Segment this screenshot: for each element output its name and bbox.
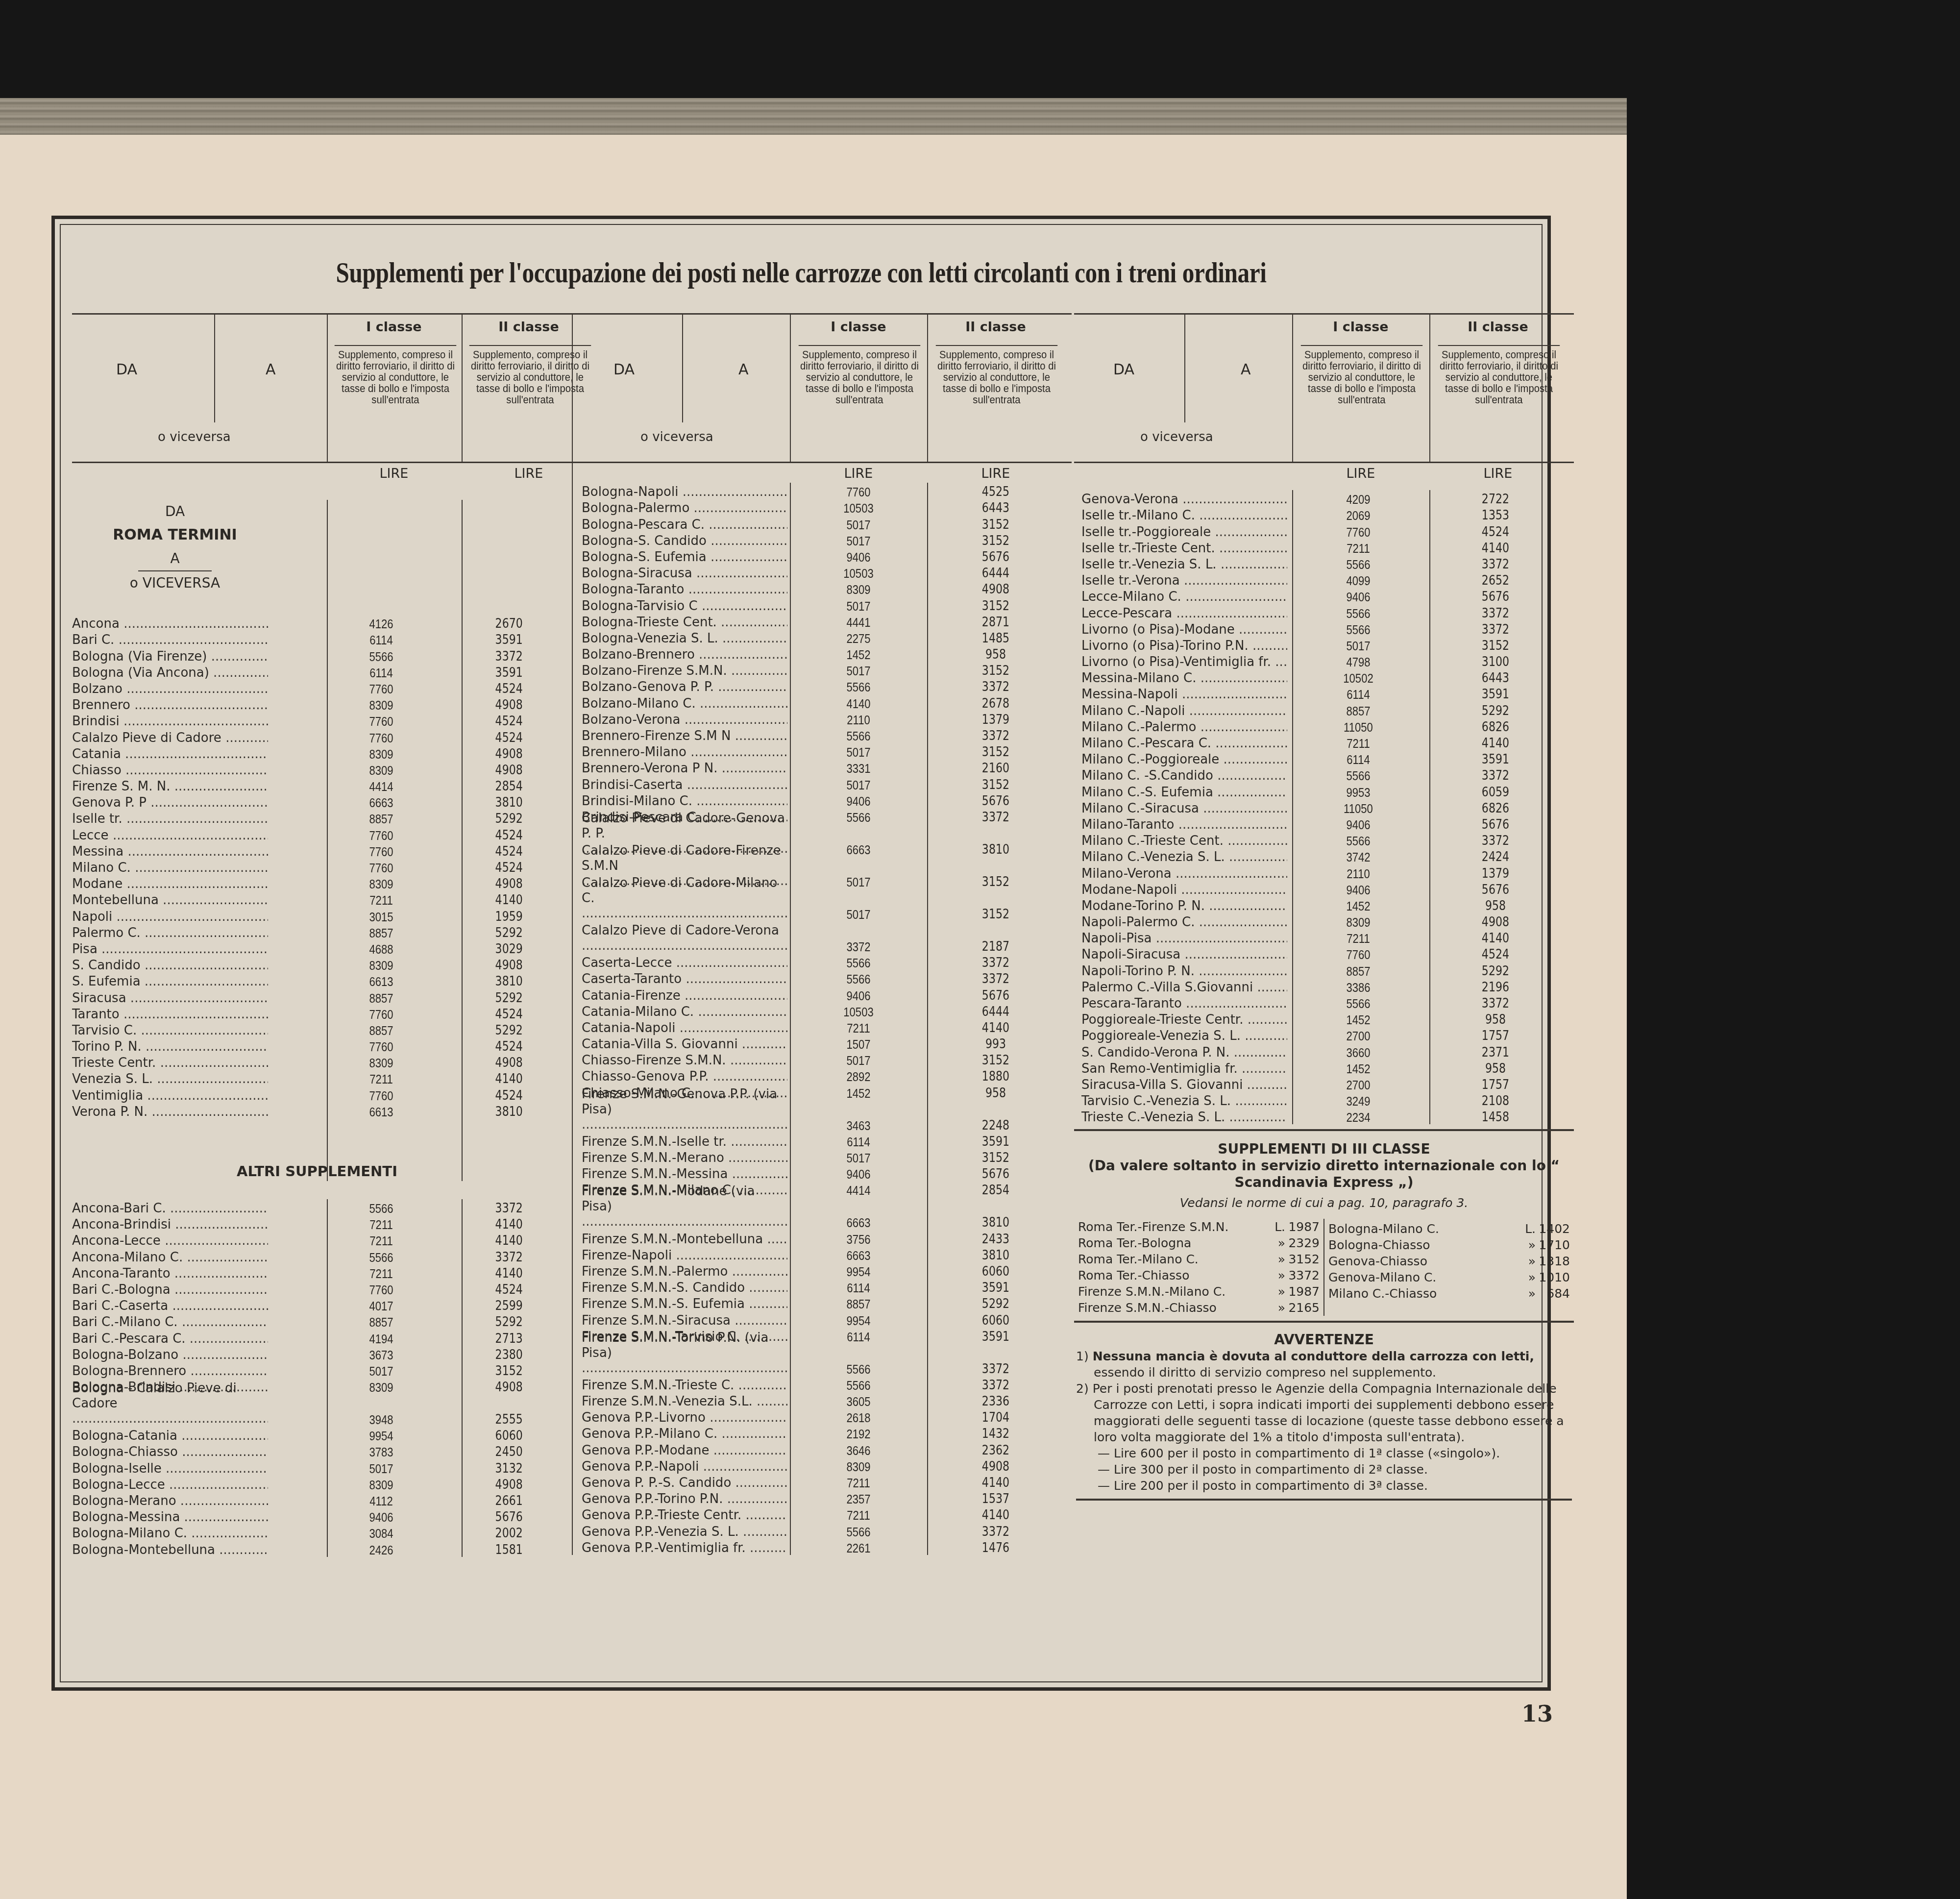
price-class-1: 2234 — [1298, 1110, 1419, 1124]
table-row: Firenze S.M.N.-Venezia S.L.36052336 — [582, 1392, 1072, 1408]
route-name: Iselle tr.-Poggioreale — [1081, 525, 1287, 539]
price-group: L.1402 — [1525, 1221, 1570, 1237]
route-name: Bari C.-Pescara C. — [72, 1332, 268, 1346]
route-name: Bologna-Messina — [72, 1510, 268, 1524]
price-class-2: 1537 — [939, 1492, 1052, 1506]
table-row: Bolzano77604524 — [72, 680, 572, 696]
price-class-2: 2555 — [455, 1413, 563, 1427]
table-row: Firenze S.M.N.-S. Candido61143591 — [582, 1279, 1072, 1295]
route-name: Ancona-Brindisi — [72, 1218, 268, 1232]
price-class-2: 4140 — [1439, 932, 1552, 945]
route-name: Bolzano-Genova P. P. — [582, 680, 787, 694]
price-class-1: 9406 — [1298, 590, 1419, 604]
avvertenze-item-2: 2) Per i posti prenotati presso le Agenz… — [1076, 1381, 1572, 1445]
price-class-2: 1757 — [1439, 1029, 1552, 1043]
price-class-1: 2110 — [1298, 867, 1419, 881]
price-class-2: 5292 — [455, 926, 563, 940]
price-class-2: 3810 — [939, 1249, 1052, 1262]
price-class-2: 2002 — [455, 1527, 563, 1540]
table-row: Genova P.P.-Torino P.N.23571537 — [582, 1490, 1072, 1506]
price-class-2: 2450 — [455, 1445, 563, 1459]
route-name: Catania-Villa S. Giovanni — [582, 1037, 787, 1051]
price-class-1: 2892 — [798, 1070, 919, 1084]
origin-station: ROMA TERMINI — [72, 523, 278, 547]
table-row: Catania83094908 — [72, 745, 572, 761]
table-row: Modane83094908 — [72, 875, 572, 891]
third-class-row: Genova-Milano C.»1010 — [1324, 1269, 1574, 1285]
route-name: Catania-Napoli — [582, 1021, 787, 1035]
route-name: Bologna-S. Candido — [582, 534, 787, 548]
currency-mark: » — [1528, 1254, 1536, 1268]
table-row: Bologna-Messina94065676 — [72, 1508, 572, 1524]
price-class-2: 5676 — [1439, 818, 1552, 832]
price-class-2: 2371 — [1439, 1046, 1552, 1060]
route-name: Firenze S.M.N.-Montebelluna — [582, 1233, 787, 1246]
route-name: Bari C. — [72, 633, 268, 647]
price-class-1: 8309 — [798, 583, 919, 596]
price-class-2: 2652 — [1439, 574, 1552, 588]
table-row: Bari C.-Bologna77604524 — [72, 1281, 572, 1297]
price-class-1: 3756 — [798, 1233, 919, 1246]
third-class-row: Bologna-Chiasso»1710 — [1324, 1237, 1574, 1253]
price-class-1: 7211 — [798, 1021, 919, 1035]
table-row: Ancona-Brindisi72114140 — [72, 1215, 572, 1232]
price-class-1: 4017 — [327, 1299, 436, 1313]
price-class-2: 6826 — [1439, 802, 1552, 815]
route-name: Genova P.P.-Milano C. — [582, 1427, 787, 1441]
price-group: »1010 — [1528, 1269, 1570, 1285]
table-row: Modane-Torino P. N.1452958 — [1081, 897, 1574, 913]
book-page-edges — [0, 98, 1627, 137]
price-class-1: 5017 — [798, 599, 919, 613]
price-class-1: 5566 — [798, 1379, 919, 1392]
price-class-1: 8309 — [327, 959, 436, 972]
divider — [1292, 315, 1293, 462]
table-row: Milano C.-S. Eufemia99536059 — [1081, 783, 1574, 799]
price-class-1: 5566 — [1298, 834, 1419, 848]
price-class-1: 5017 — [798, 778, 919, 792]
unit-row: LIRE LIRE — [572, 463, 1072, 483]
header-class-2-description: Supplemento, compreso il diritto ferrovi… — [1438, 345, 1560, 405]
price-class-1: 8857 — [1298, 704, 1419, 718]
price-class-2: 5292 — [455, 1024, 563, 1037]
price-class-1: 6663 — [798, 843, 919, 857]
price-class-1: 9406 — [327, 1510, 436, 1524]
price-class-2: 4908 — [455, 1381, 563, 1394]
table-row: Firenze S.M.N.-Palermo99546060 — [582, 1262, 1072, 1279]
price-class-2: 3591 — [939, 1135, 1052, 1149]
currency-mark: » — [1528, 1286, 1536, 1301]
route-name: Siracusa — [72, 991, 268, 1005]
route-name: Livorno (o Pisa)-Ventimiglia fr. — [1081, 655, 1287, 669]
price-value: 3152 — [1285, 1251, 1320, 1267]
price-class-1: 5566 — [798, 1525, 919, 1539]
table-row: Brennero-Firenze S.M N55663372 — [582, 727, 1072, 743]
price-class-2: 1353 — [1439, 509, 1552, 522]
third-class-row: Milano C.-Chiasso»684 — [1324, 1285, 1574, 1302]
table-row: Bolzano-Verona21101379 — [582, 711, 1072, 727]
price-class-2: 4908 — [939, 1460, 1052, 1474]
price-class-1: 7760 — [327, 861, 436, 875]
route-name: Genova P.P.-Torino P.N. — [582, 1492, 787, 1506]
price-class-1: 7760 — [327, 731, 436, 745]
price-class-1: 10503 — [798, 501, 919, 515]
unit-label: LIRE — [1295, 466, 1427, 481]
route-name: Bologna-Palermo — [582, 501, 787, 515]
price-class-1: 5566 — [1298, 607, 1419, 620]
route-name: Tarvisio C. — [72, 1024, 268, 1037]
route-name: Chiasso — [72, 764, 268, 777]
price-class-1: 9954 — [798, 1314, 919, 1328]
price-class-1: 5566 — [798, 972, 919, 986]
price-class-2: 4140 — [1439, 737, 1552, 750]
table-row: Ancona-Taranto72114140 — [72, 1264, 572, 1281]
table-row: Brindisi-Milano C.94065676 — [582, 792, 1072, 808]
price-class-2: 2599 — [455, 1299, 563, 1313]
price-class-2: 4524 — [455, 1008, 563, 1021]
price-class-2: 4908 — [455, 698, 563, 712]
table-row: Bolzano-Genova P. P.55663372 — [582, 678, 1072, 694]
route-name: Pisa — [72, 942, 268, 956]
price-class-2: 3372 — [1439, 834, 1552, 848]
currency-mark: » — [1278, 1236, 1285, 1250]
price-class-2: 4524 — [1439, 948, 1552, 962]
price-class-2: 6060 — [455, 1429, 563, 1443]
route-name: Caserta-Taranto — [582, 972, 787, 986]
price-class-1: 7211 — [327, 1072, 436, 1086]
price-group: »3152 — [1278, 1251, 1320, 1267]
price-class-1: 4798 — [1298, 655, 1419, 669]
route-name: Napoli-Torino P. N. — [1081, 964, 1287, 978]
route-name: Roma Ter.-Firenze S.M.N. — [1078, 1219, 1228, 1235]
item-bold-text: Nessuna mancia è dovuta al conduttore de… — [1093, 1349, 1534, 1363]
price-class-1: 6663 — [798, 1216, 919, 1230]
route-name: Bologna-Montebelluna — [72, 1543, 268, 1557]
price-class-2: 4908 — [455, 1056, 563, 1070]
table-row: Catania-Villa S. Giovanni1507993 — [582, 1035, 1072, 1051]
price-class-2: 3372 — [939, 1525, 1052, 1539]
route-name: Bolzano-Brennero — [582, 648, 787, 662]
price-class-2: 5292 — [455, 991, 563, 1005]
table-row: Milano C.-Palermo110506826 — [1081, 718, 1574, 734]
price-class-1: 9406 — [798, 794, 919, 808]
price-class-1: 10502 — [1298, 671, 1419, 685]
price-class-2: 2160 — [939, 762, 1052, 775]
altri-right-section: Genova-Verona42092722Iselle tr.-Milano C… — [1074, 490, 1574, 1124]
route-name: Modane-Torino P. N. — [1081, 899, 1287, 913]
price-class-1: 2069 — [1298, 509, 1419, 522]
route-name: Napoli-Siracusa — [1081, 948, 1287, 962]
table-row: Genova-Verona42092722 — [1081, 490, 1574, 506]
price-class-1: 5566 — [327, 1202, 436, 1215]
roma-termini-section: DA ROMA TERMINI A o VICEVERSA Ancona4126… — [72, 500, 572, 1119]
price-class-1: 7760 — [327, 682, 436, 696]
header-class-1-description: Supplemento, compreso il diritto ferrovi… — [1301, 345, 1422, 405]
price-class-1: 7760 — [327, 1283, 436, 1297]
price-class-2: 5292 — [939, 1297, 1052, 1311]
price-class-2: 1485 — [939, 632, 1052, 645]
price-class-1: 2700 — [1298, 1078, 1419, 1092]
price-class-2: 3132 — [455, 1462, 563, 1476]
unit-label: LIRE — [328, 466, 460, 481]
route-name: Modane — [72, 877, 268, 891]
table-row: Napoli30151959 — [72, 907, 572, 923]
price-class-1: 7760 — [327, 715, 436, 728]
route-name: Firenze S.M.N.-S. Candido — [582, 1281, 787, 1295]
price-class-2: 6826 — [1439, 720, 1552, 734]
origin-da: DA — [72, 500, 278, 523]
table-row: Napoli-Pisa72114140 — [1081, 929, 1574, 945]
route-name: Messina-Milano C. — [1081, 671, 1287, 685]
route-name: Chiasso-Firenze S.M.N. — [582, 1054, 787, 1067]
price-class-1: 8857 — [327, 926, 436, 940]
price-class-1: 5566 — [798, 956, 919, 970]
price-class-2: 4908 — [455, 877, 563, 891]
table-row: Messina-Milano C.105026443 — [1081, 669, 1574, 685]
item-number: 1) — [1076, 1349, 1089, 1363]
price-class-2: 4908 — [455, 747, 563, 761]
table-row: Milano C.-Venezia S. L.37422424 — [1081, 848, 1574, 864]
currency-mark: L. — [1525, 1222, 1536, 1236]
price-class-2: 5676 — [455, 1510, 563, 1524]
divider — [682, 315, 683, 422]
roma-rows-list: Ancona41262670Bari C.61143591Bologna (Vi… — [72, 615, 572, 1119]
route-name: Bolzano-Firenze S.M.N. — [582, 664, 787, 678]
table-row: Genova P. P.-S. Candido72114140 — [582, 1474, 1072, 1490]
price-class-2: 958 — [1439, 1062, 1552, 1076]
table-row: Firenze S.M.N.-Merano50173152 — [582, 1149, 1072, 1165]
table-row: Lecce77604524 — [72, 826, 572, 842]
route-name: Trieste Centr. — [72, 1056, 268, 1070]
table-row: Bologna-Merano41122661 — [72, 1492, 572, 1508]
route-name: Bologna-S. Eufemia — [582, 550, 787, 564]
price-class-1: 8309 — [798, 1460, 919, 1474]
column-header: DA A o viceversa I classe II classe Supp… — [72, 313, 572, 463]
price-class-1: 7760 — [327, 829, 436, 842]
header-a: A — [738, 361, 749, 378]
price-class-1: 1452 — [1298, 1062, 1419, 1076]
table-row: Catania-Napoli72114140 — [582, 1019, 1072, 1035]
route-name: Lecce — [72, 829, 268, 842]
price-class-1: 4688 — [327, 942, 436, 956]
header-viceversa: o viceversa — [158, 430, 231, 444]
price-class-1: 8309 — [327, 1056, 436, 1070]
route-name: Firenze S.M.N.-Modane (via Pisa) — [582, 1184, 787, 1230]
currency-mark: L. — [1274, 1220, 1285, 1234]
price-class-2: 3372 — [455, 1202, 563, 1215]
price-class-1: 6114 — [798, 1281, 919, 1295]
route-name: Firenze S.M.N.-Iselle tr. — [582, 1135, 787, 1149]
price-class-2: 4140 — [455, 1267, 563, 1281]
route-name: Brindisi-Caserta — [582, 778, 787, 792]
table-row: Ventimiglia77604524 — [72, 1086, 572, 1102]
table-row: Firenze S.M.N.-Messina94065676 — [582, 1165, 1072, 1181]
route-name: Poggioreale-Trieste Centr. — [1081, 1013, 1287, 1027]
price-class-1: 2357 — [798, 1492, 919, 1506]
price-class-2: 2362 — [939, 1444, 1052, 1457]
table-row: Napoli-Siracusa77604524 — [1081, 945, 1574, 962]
price-class-1: 9954 — [798, 1265, 919, 1279]
price-class-2: 5676 — [939, 550, 1052, 564]
price-class-1: 7760 — [327, 1008, 436, 1021]
price-class-2: 3372 — [1439, 997, 1552, 1011]
price-value: 1987 — [1285, 1219, 1320, 1235]
divider — [1292, 490, 1293, 1124]
price-class-2: 3152 — [455, 1364, 563, 1378]
divider — [790, 483, 791, 1555]
route-name: Genova-Milano C. — [1328, 1269, 1436, 1285]
table-row: Firenze S. M. N.44142854 — [72, 777, 572, 793]
price-value: 684 — [1536, 1285, 1570, 1302]
price-class-1: 5566 — [1298, 623, 1419, 637]
route-name: Milano C.-Siracusa — [1081, 802, 1287, 815]
price-class-1: 5017 — [798, 534, 919, 548]
price-class-2: 4524 — [455, 1040, 563, 1054]
price-class-2: 2433 — [939, 1233, 1052, 1246]
price-class-2: 4524 — [455, 861, 563, 875]
price-class-2: 6060 — [939, 1314, 1052, 1328]
price-class-1: 5566 — [1298, 997, 1419, 1011]
price-class-1: 2261 — [798, 1541, 919, 1555]
route-name: Calalzo Pieve di Cadore-Verona — [582, 923, 787, 954]
table-row: Torino P. N.77604524 — [72, 1037, 572, 1054]
price-class-1: 8857 — [1298, 964, 1419, 978]
price-class-2: 3591 — [1439, 753, 1552, 766]
route-name: Ancona — [72, 617, 268, 631]
price-class-2: 4524 — [455, 829, 563, 842]
price-class-2: 2854 — [939, 1184, 1052, 1197]
unit-label: LIRE — [1432, 466, 1564, 481]
price-class-1: 9406 — [1298, 818, 1419, 832]
price-class-1: 7760 — [327, 845, 436, 859]
item-text: essendo il diritto di servizio compreso … — [1094, 1365, 1436, 1380]
route-name: S. Candido — [72, 959, 268, 972]
price-class-2: 6443 — [939, 501, 1052, 515]
table-row: Siracusa88575292 — [72, 988, 572, 1005]
price-class-2: 4908 — [455, 959, 563, 972]
route-name: Bari C.-Bologna — [72, 1283, 268, 1297]
price-class-1: 9406 — [798, 1167, 919, 1181]
route-name: Firenze S.M.N.-Genova P.P. (via Pisa) — [582, 1087, 787, 1133]
price-class-2: 3029 — [455, 942, 563, 956]
route-name: Firenze S.M.N.-Merano — [582, 1151, 787, 1165]
route-name: Roma Ter.-Chiasso — [1078, 1267, 1189, 1283]
table-row: Iselle tr.-Trieste Cent.72114140 — [1081, 539, 1574, 555]
route-name: Ancona-Milano C. — [72, 1251, 268, 1264]
price-class-1: 8309 — [327, 1478, 436, 1492]
price-class-2: 4525 — [939, 485, 1052, 499]
route-name: Firenze S.M.N.-Siracusa — [582, 1314, 787, 1328]
price-class-2: 4140 — [939, 1021, 1052, 1035]
price-class-2: 5676 — [939, 794, 1052, 808]
price-value: 1710 — [1536, 1237, 1570, 1253]
route-name: Genova P.P.-Ventimiglia fr. — [582, 1541, 787, 1555]
table-row: Bologna-Bolzano36732380 — [72, 1346, 572, 1362]
avvertenze-section: AVVERTENZE 1) Nessuna mancia è dovuta al… — [1074, 1328, 1574, 1501]
price-class-2: 4140 — [455, 893, 563, 907]
price-class-1: 7760 — [1298, 525, 1419, 539]
table-row: Brennero83094908 — [72, 696, 572, 712]
currency-mark: » — [1278, 1268, 1285, 1282]
third-class-row: Firenze S.M.N.-Milano C.»1987 — [1074, 1283, 1323, 1300]
route-name: Bologna-Tarvisio C — [582, 599, 787, 613]
price-class-2: 4524 — [455, 845, 563, 859]
table-row: Trieste Centr.83094908 — [72, 1054, 572, 1070]
price-class-2: 3152 — [939, 518, 1052, 532]
price-class-2: 958 — [1439, 899, 1552, 913]
price-class-2: 3152 — [1439, 639, 1552, 653]
third-class-title: SUPPLEMENTI DI III CLASSE — [1074, 1141, 1574, 1158]
route-name: Genova P. P — [72, 796, 268, 810]
price-class-2: 2713 — [455, 1332, 563, 1346]
price-class-2: 3152 — [939, 1054, 1052, 1067]
route-name: Brennero-Verona P N. — [582, 762, 787, 775]
column-right: DA A o viceversa I classe II classe Supp… — [1074, 307, 1574, 1505]
price-class-2: 2722 — [1439, 493, 1552, 506]
price-class-1: 9954 — [327, 1429, 436, 1443]
price-class-1: 3605 — [798, 1395, 919, 1408]
route-name: Genova P.P.-Modane — [582, 1444, 787, 1457]
price-class-2: 2380 — [455, 1348, 563, 1362]
route-name: Messina — [72, 845, 268, 859]
unit-label: LIRE — [930, 466, 1062, 481]
section-rule — [1076, 1499, 1572, 1501]
price-class-1: 4112 — [327, 1494, 436, 1508]
table-row: Lecce-Pescara55663372 — [1081, 604, 1574, 620]
header-class-2-description: Supplemento, compreso il diritto ferrovi… — [936, 345, 1057, 405]
table-row: Milano-Taranto94065676 — [1081, 815, 1574, 832]
price-class-1: 8309 — [327, 1381, 436, 1394]
route-name: Montebelluna — [72, 893, 268, 907]
table-row: Milano C.-Poggioreale61143591 — [1081, 750, 1574, 766]
route-name: Tarvisio C.-Venezia S. L. — [1081, 1094, 1287, 1108]
unit-row: LIRE LIRE — [72, 463, 572, 483]
table-frame: Supplementi per l'occupazione dei posti … — [51, 216, 1551, 1691]
table-row: Catania-Milano C.105036444 — [582, 1003, 1072, 1019]
price-class-1: 5566 — [327, 650, 436, 664]
table-row: Venezia S. L.72114140 — [72, 1070, 572, 1086]
table-row: Genova P.P.-Trieste Centr.72114140 — [582, 1506, 1072, 1522]
price-class-1: 7211 — [327, 1267, 436, 1281]
price-class-2: 1432 — [939, 1427, 1052, 1441]
price-class-1: 9406 — [798, 550, 919, 564]
price-class-1: 7760 — [798, 485, 919, 499]
price-class-2: 6444 — [939, 567, 1052, 580]
origin-a: A — [72, 547, 278, 570]
route-name: Bologna-Brennero — [72, 1364, 268, 1378]
route-name: Lecce-Pescara — [1081, 607, 1287, 620]
price-class-2: 3810 — [455, 975, 563, 988]
price-class-2: 5292 — [455, 812, 563, 826]
third-class-row: Roma Ter.-Firenze S.M.N.L.1987 — [1074, 1219, 1323, 1235]
route-name: Bari C.-Caserta — [72, 1299, 268, 1313]
table-row: Milano-Verona21101379 — [1081, 864, 1574, 880]
table-row: Firenze S.M.N.-S. Eufemia88575292 — [582, 1295, 1072, 1311]
table-row: Verona P. N.66133810 — [72, 1103, 572, 1119]
divider — [1184, 315, 1185, 422]
price-class-2: 3372 — [939, 1379, 1052, 1392]
price-class-2: 3100 — [1439, 655, 1552, 669]
route-name: Trieste C.-Venezia S. L. — [1081, 1110, 1287, 1124]
price-class-1: 2426 — [327, 1543, 436, 1557]
route-name: Milano C.-S. Eufemia — [1081, 786, 1287, 799]
price-class-2: 4524 — [455, 1283, 563, 1297]
table-row: Brennero-Milano50173152 — [582, 743, 1072, 759]
price-class-2: 1379 — [1439, 867, 1552, 881]
price-class-2: 1379 — [939, 713, 1052, 727]
route-name: Brennero-Milano — [582, 745, 787, 759]
table-row: Pescara-Taranto55663372 — [1081, 994, 1574, 1011]
